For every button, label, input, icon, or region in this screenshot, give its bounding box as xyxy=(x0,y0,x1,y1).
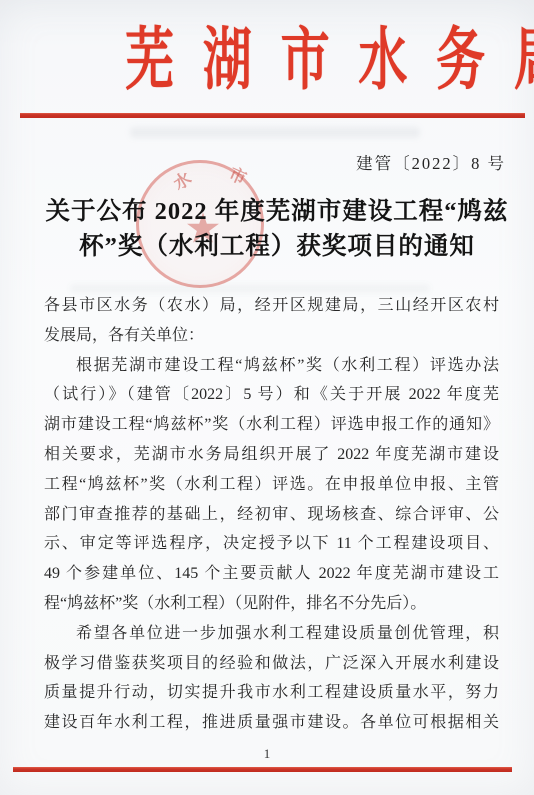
body-text-line: 相关要求，芜湖市水务局组织开展了 2022 年度芜湖市建设 xyxy=(44,440,499,470)
document-title-line1: 关于公布 2022 年度芜湖市建设工程“鸠兹 xyxy=(20,194,534,229)
body-text-line: 极学习借鉴获奖项目的经验和做法，广泛深入开展水利建设 xyxy=(44,649,499,679)
paper-bleed-through-mark xyxy=(130,127,420,138)
letterhead-agency-name: 芜湖市水务局 xyxy=(0,22,534,98)
body-text-line: 发展局，各有关单位： xyxy=(44,321,499,351)
body-text-line: 部门审查推荐的基础上，经初审、现场核查、综合评审、公 xyxy=(44,500,499,530)
body-text-line: 建设百年水利工程，推进质量强市建设。各单位可根据相关 xyxy=(44,708,499,738)
document-body: 各县市区水务（农水）局，经开区规建局，三山经开区农村发展局，各有关单位：根据芜湖… xyxy=(44,291,499,738)
body-text-line: 工程“鸠兹杯”奖（水利工程）评选。在申报单位申报、主管 xyxy=(44,470,499,500)
page-number: 1 xyxy=(0,746,534,762)
body-text-line: 各县市区水务（农水）局，经开区规建局，三山经开区农村 xyxy=(44,291,499,321)
document-title-line2: 杯”奖（水利工程）获奖项目的通知 xyxy=(20,229,534,264)
document-reference-number: 建管〔2022〕8 号 xyxy=(356,150,506,174)
body-text-line: 49 个参建单位、145 个主要贡献人 2022 年度芜湖市建设工 xyxy=(44,559,499,589)
body-text-line: 希望各单位进一步加强水利工程建设质量创优管理，积 xyxy=(44,619,499,649)
scanned-official-document-page: 芜湖市水务局 建管〔2022〕8 号 水 市 关于公布 2022 年度芜湖市建设… xyxy=(0,0,534,795)
body-text-line: 根据芜湖市建设工程“鸠兹杯”奖（水利工程）评选办法 xyxy=(44,351,499,381)
footer-red-rule xyxy=(13,767,512,772)
seal-arc-character: 市 xyxy=(226,160,252,190)
body-text-line: 质量提升行动，切实提升我市水利工程建设质量水平，努力 xyxy=(44,678,499,708)
document-title: 关于公布 2022 年度芜湖市建设工程“鸠兹 杯”奖（水利工程）获奖项目的通知 xyxy=(20,194,534,264)
body-text-line: 示、审定等评选程序，决定授予以下 11 个工程建设项目、 xyxy=(44,529,499,559)
agency-name-text: 芜湖市水务局 xyxy=(96,22,534,98)
body-text-line: 程“鸠兹杯”奖（水利工程）（见附件，排名不分先后）。 xyxy=(44,589,499,619)
seal-arc-character: 水 xyxy=(168,164,196,194)
body-text-line: （试行）》（建管〔2022〕5 号）和《关于开展 2022 年度芜 xyxy=(44,380,499,410)
body-text-line: 湖市建设工程“鸠兹杯”奖（水利工程）评选申报工作的通知》 xyxy=(44,410,499,440)
letterhead-red-rule xyxy=(20,113,525,118)
